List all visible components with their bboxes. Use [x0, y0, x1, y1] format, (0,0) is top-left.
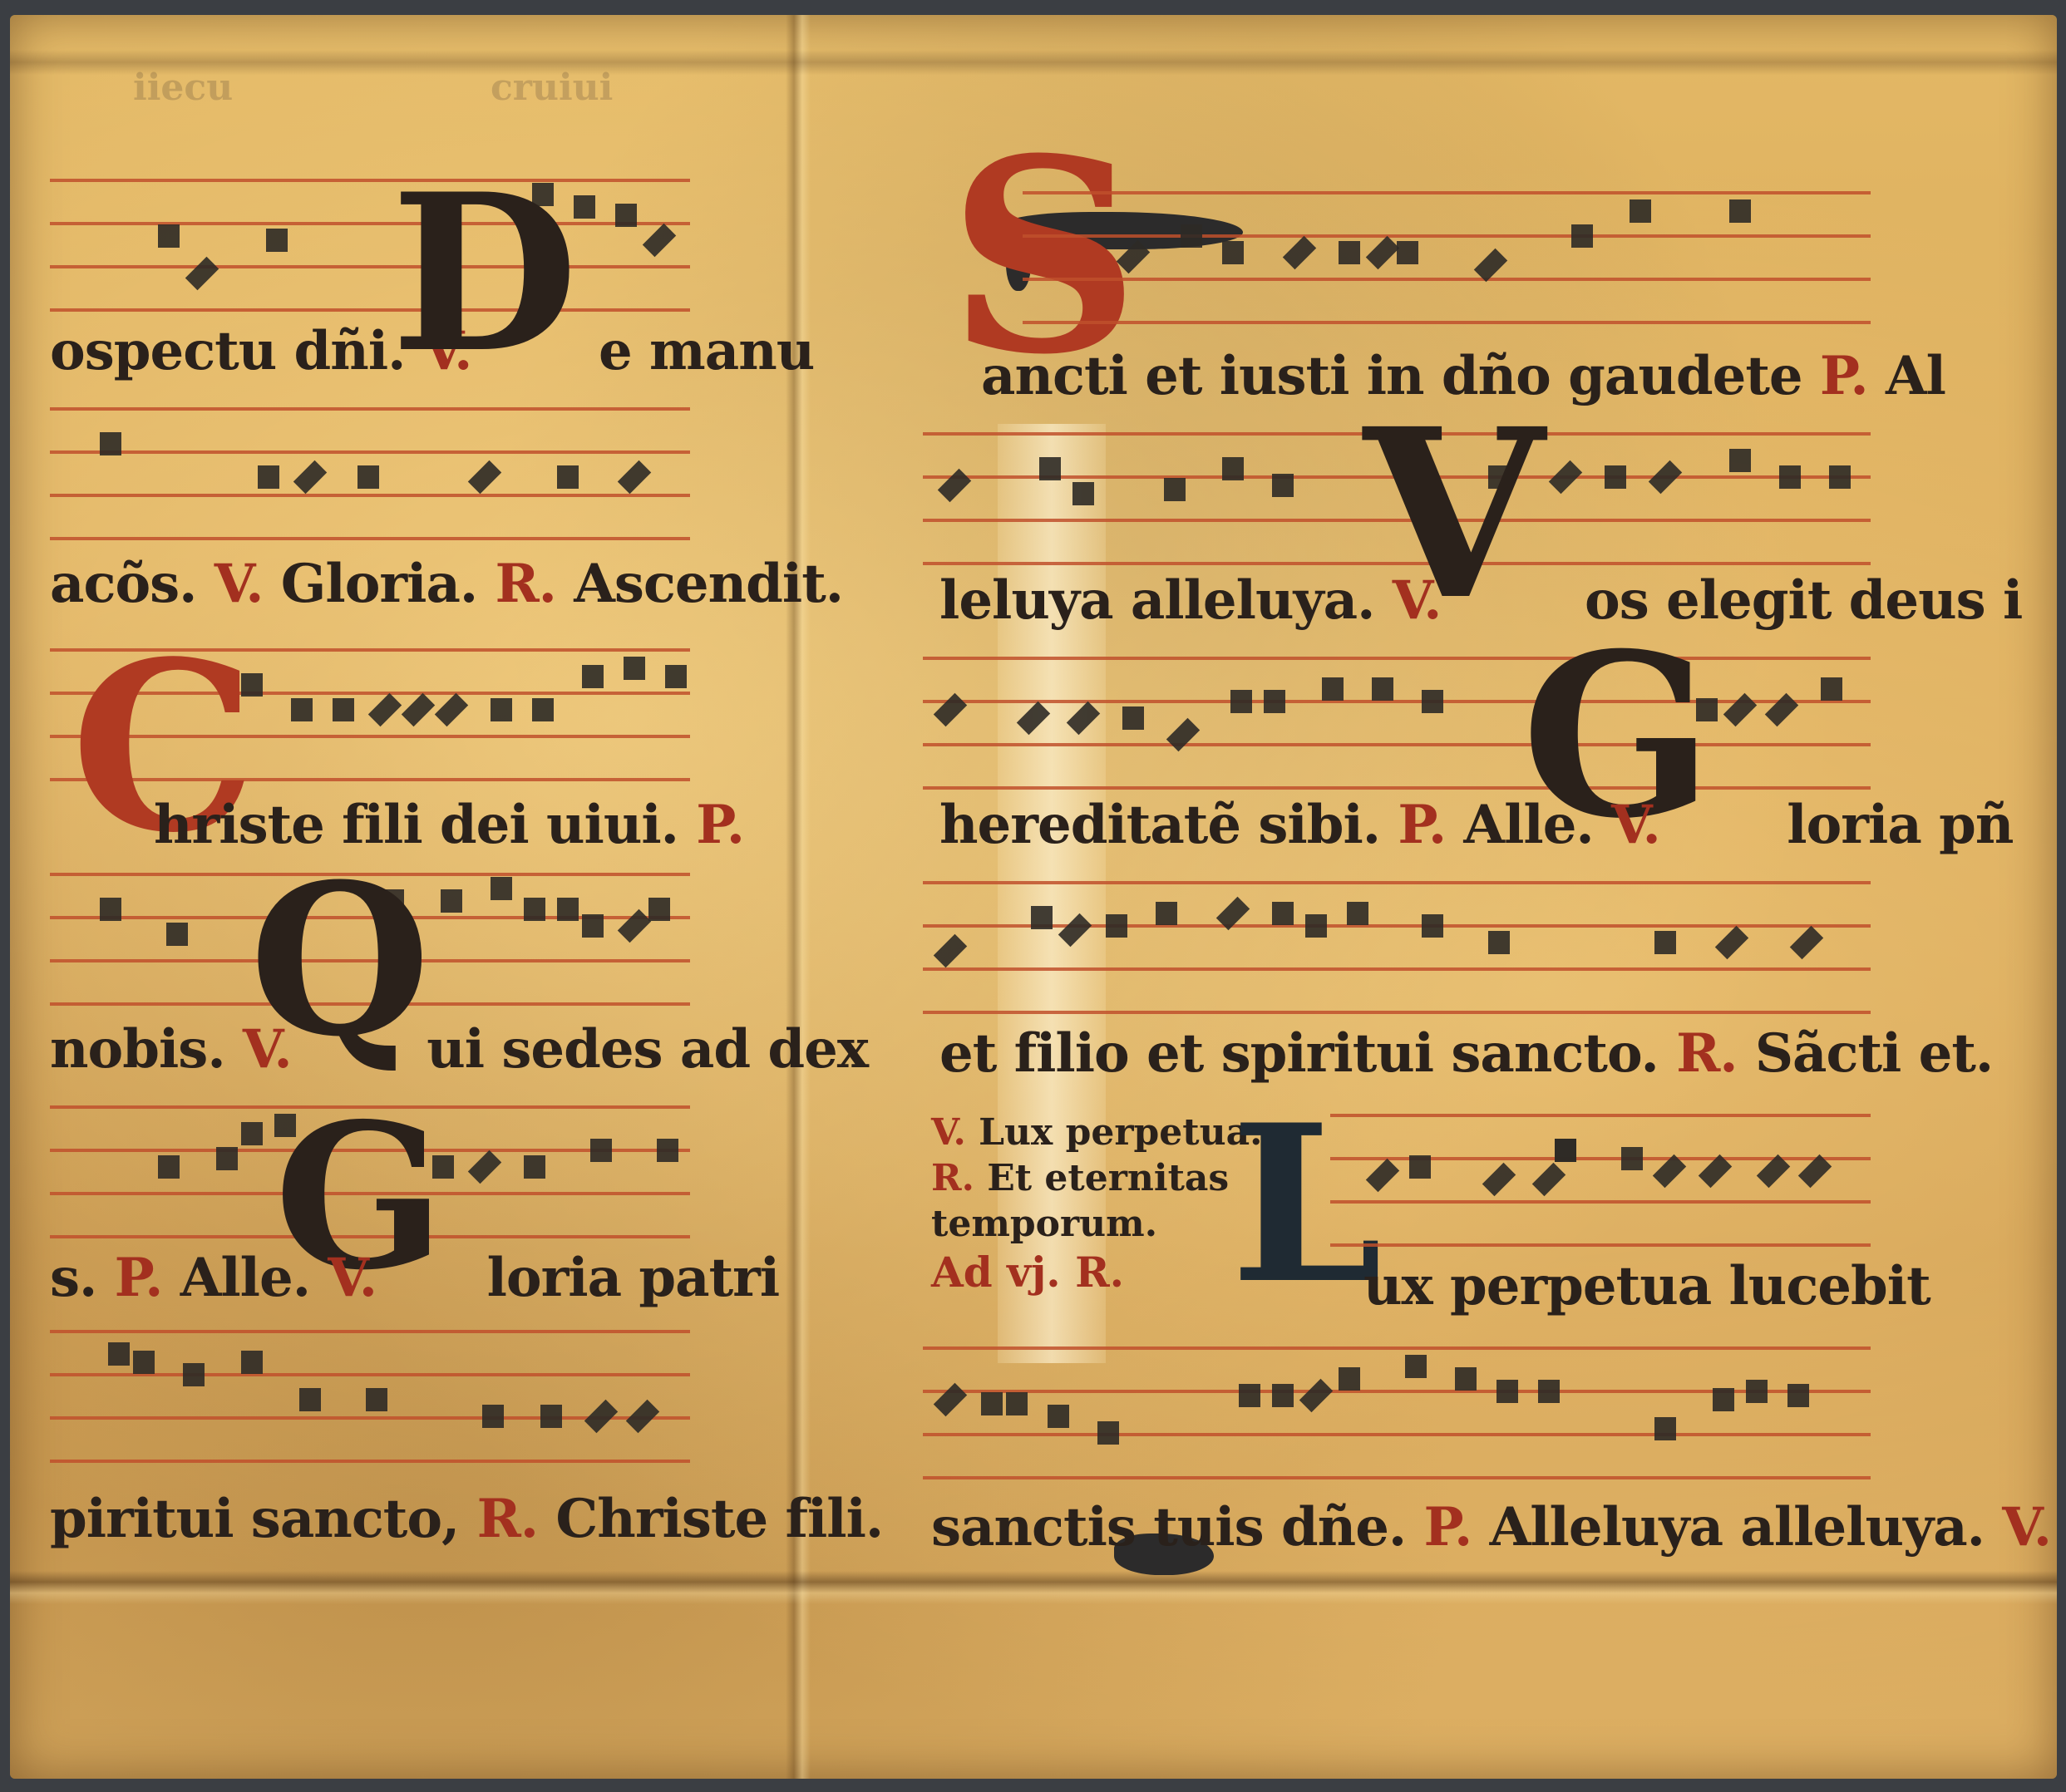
music-staff	[50, 407, 690, 574]
lyric: Al	[1886, 345, 1945, 407]
lyric: ui sedes ad dex	[427, 1018, 868, 1081]
lyric: leluya alleluya.	[939, 569, 1374, 632]
rubric-versicle: V.	[2002, 1496, 2051, 1558]
rubric-response: R.	[931, 1157, 974, 1199]
rubric-psalm: P.	[1398, 794, 1446, 856]
rubric-response: R.	[477, 1488, 538, 1550]
lyric: piritui sancto,	[50, 1488, 459, 1550]
lyric: loria pñ	[1787, 794, 2013, 856]
rubric-response: R.	[1676, 1022, 1737, 1085]
text-line: s. P. Alle. V. loria patri	[50, 1247, 779, 1309]
horizontal-fold-top	[10, 50, 2057, 75]
rubric-versicle: V.	[243, 1018, 292, 1081]
text-line: nobis. V. ui sedes ad dex	[50, 1018, 868, 1081]
lyric: ux perpetua lucebit	[1363, 1255, 1930, 1317]
rubric-versicle: V.	[1611, 794, 1660, 856]
lyric: s.	[50, 1247, 96, 1309]
music-staff	[50, 1330, 690, 1496]
rubric-psalm: P.	[1820, 345, 1868, 407]
lyric: Alle.	[1463, 794, 1593, 856]
horizontal-fold-bottom	[10, 1571, 2057, 1604]
lyric: ospectu dñi.	[50, 320, 405, 382]
lyric: loria patri	[487, 1247, 780, 1309]
lyric: sanctis tuis dñe.	[931, 1496, 1406, 1558]
lyric: acõs.	[50, 553, 196, 615]
margin-note: V. Lux perpetua. R. Et eternitas temporu…	[931, 1110, 1262, 1299]
lyric: nobis.	[50, 1018, 225, 1081]
text-line: ux perpetua lucebit	[1363, 1255, 1930, 1317]
lyric: Alleluya alleluya.	[1490, 1496, 1985, 1558]
rubric-versicle: V.	[328, 1247, 377, 1309]
text-line: acõs. V. Gloria. R. Ascendit.	[50, 553, 843, 615]
text-line: hereditatẽ sibi. P. Alle. V. loria pñ	[939, 794, 2013, 856]
lyric: Christe fili.	[555, 1488, 883, 1550]
initial-letter: D	[391, 166, 578, 382]
music-staff	[923, 1346, 1871, 1513]
lyric: hereditatẽ sibi.	[939, 794, 1380, 856]
text-line: sanctis tuis dñe. P. Alleluya alleluya. …	[931, 1496, 2051, 1558]
lyric: Alle.	[180, 1247, 310, 1309]
lyric: Gloria.	[281, 553, 477, 615]
lyric: Sãcti et.	[1755, 1022, 1993, 1085]
rubric-psalm: P.	[115, 1247, 163, 1309]
rubric-response: R.	[495, 553, 555, 615]
music-staff	[1023, 191, 1871, 357]
rubric-versicle: V.	[931, 1111, 966, 1154]
rubric-rubric-instruction: Ad vj. R.	[931, 1247, 1262, 1299]
text-line: leluya alleluya. V. os elegit deus i	[939, 569, 2022, 632]
rubric-psalm: P.	[1423, 1496, 1472, 1558]
rubric-versicle: V.	[214, 553, 264, 615]
text-line: et filio et spiritui sancto. R. Sãcti et…	[939, 1022, 1993, 1085]
bleed-through-text-left: iiecu	[133, 66, 233, 109]
lyric: Ascendit.	[574, 553, 843, 615]
margin-note-line: Et eternitas	[987, 1157, 1229, 1199]
bleed-through-text-center: cruiui	[491, 66, 613, 109]
rubric-versicle: V.	[1393, 569, 1442, 632]
text-line: piritui sancto, R. Christe fili.	[50, 1488, 883, 1550]
rubric-psalm: P.	[696, 794, 744, 856]
text-line: hriste fili dei uiui. P.	[154, 794, 744, 856]
margin-note-line: temporum.	[931, 1203, 1157, 1245]
lyric: et filio et spiritui sancto.	[939, 1022, 1659, 1085]
margin-note-line: Lux perpetua.	[979, 1111, 1262, 1154]
lyric: e manu	[599, 320, 814, 382]
